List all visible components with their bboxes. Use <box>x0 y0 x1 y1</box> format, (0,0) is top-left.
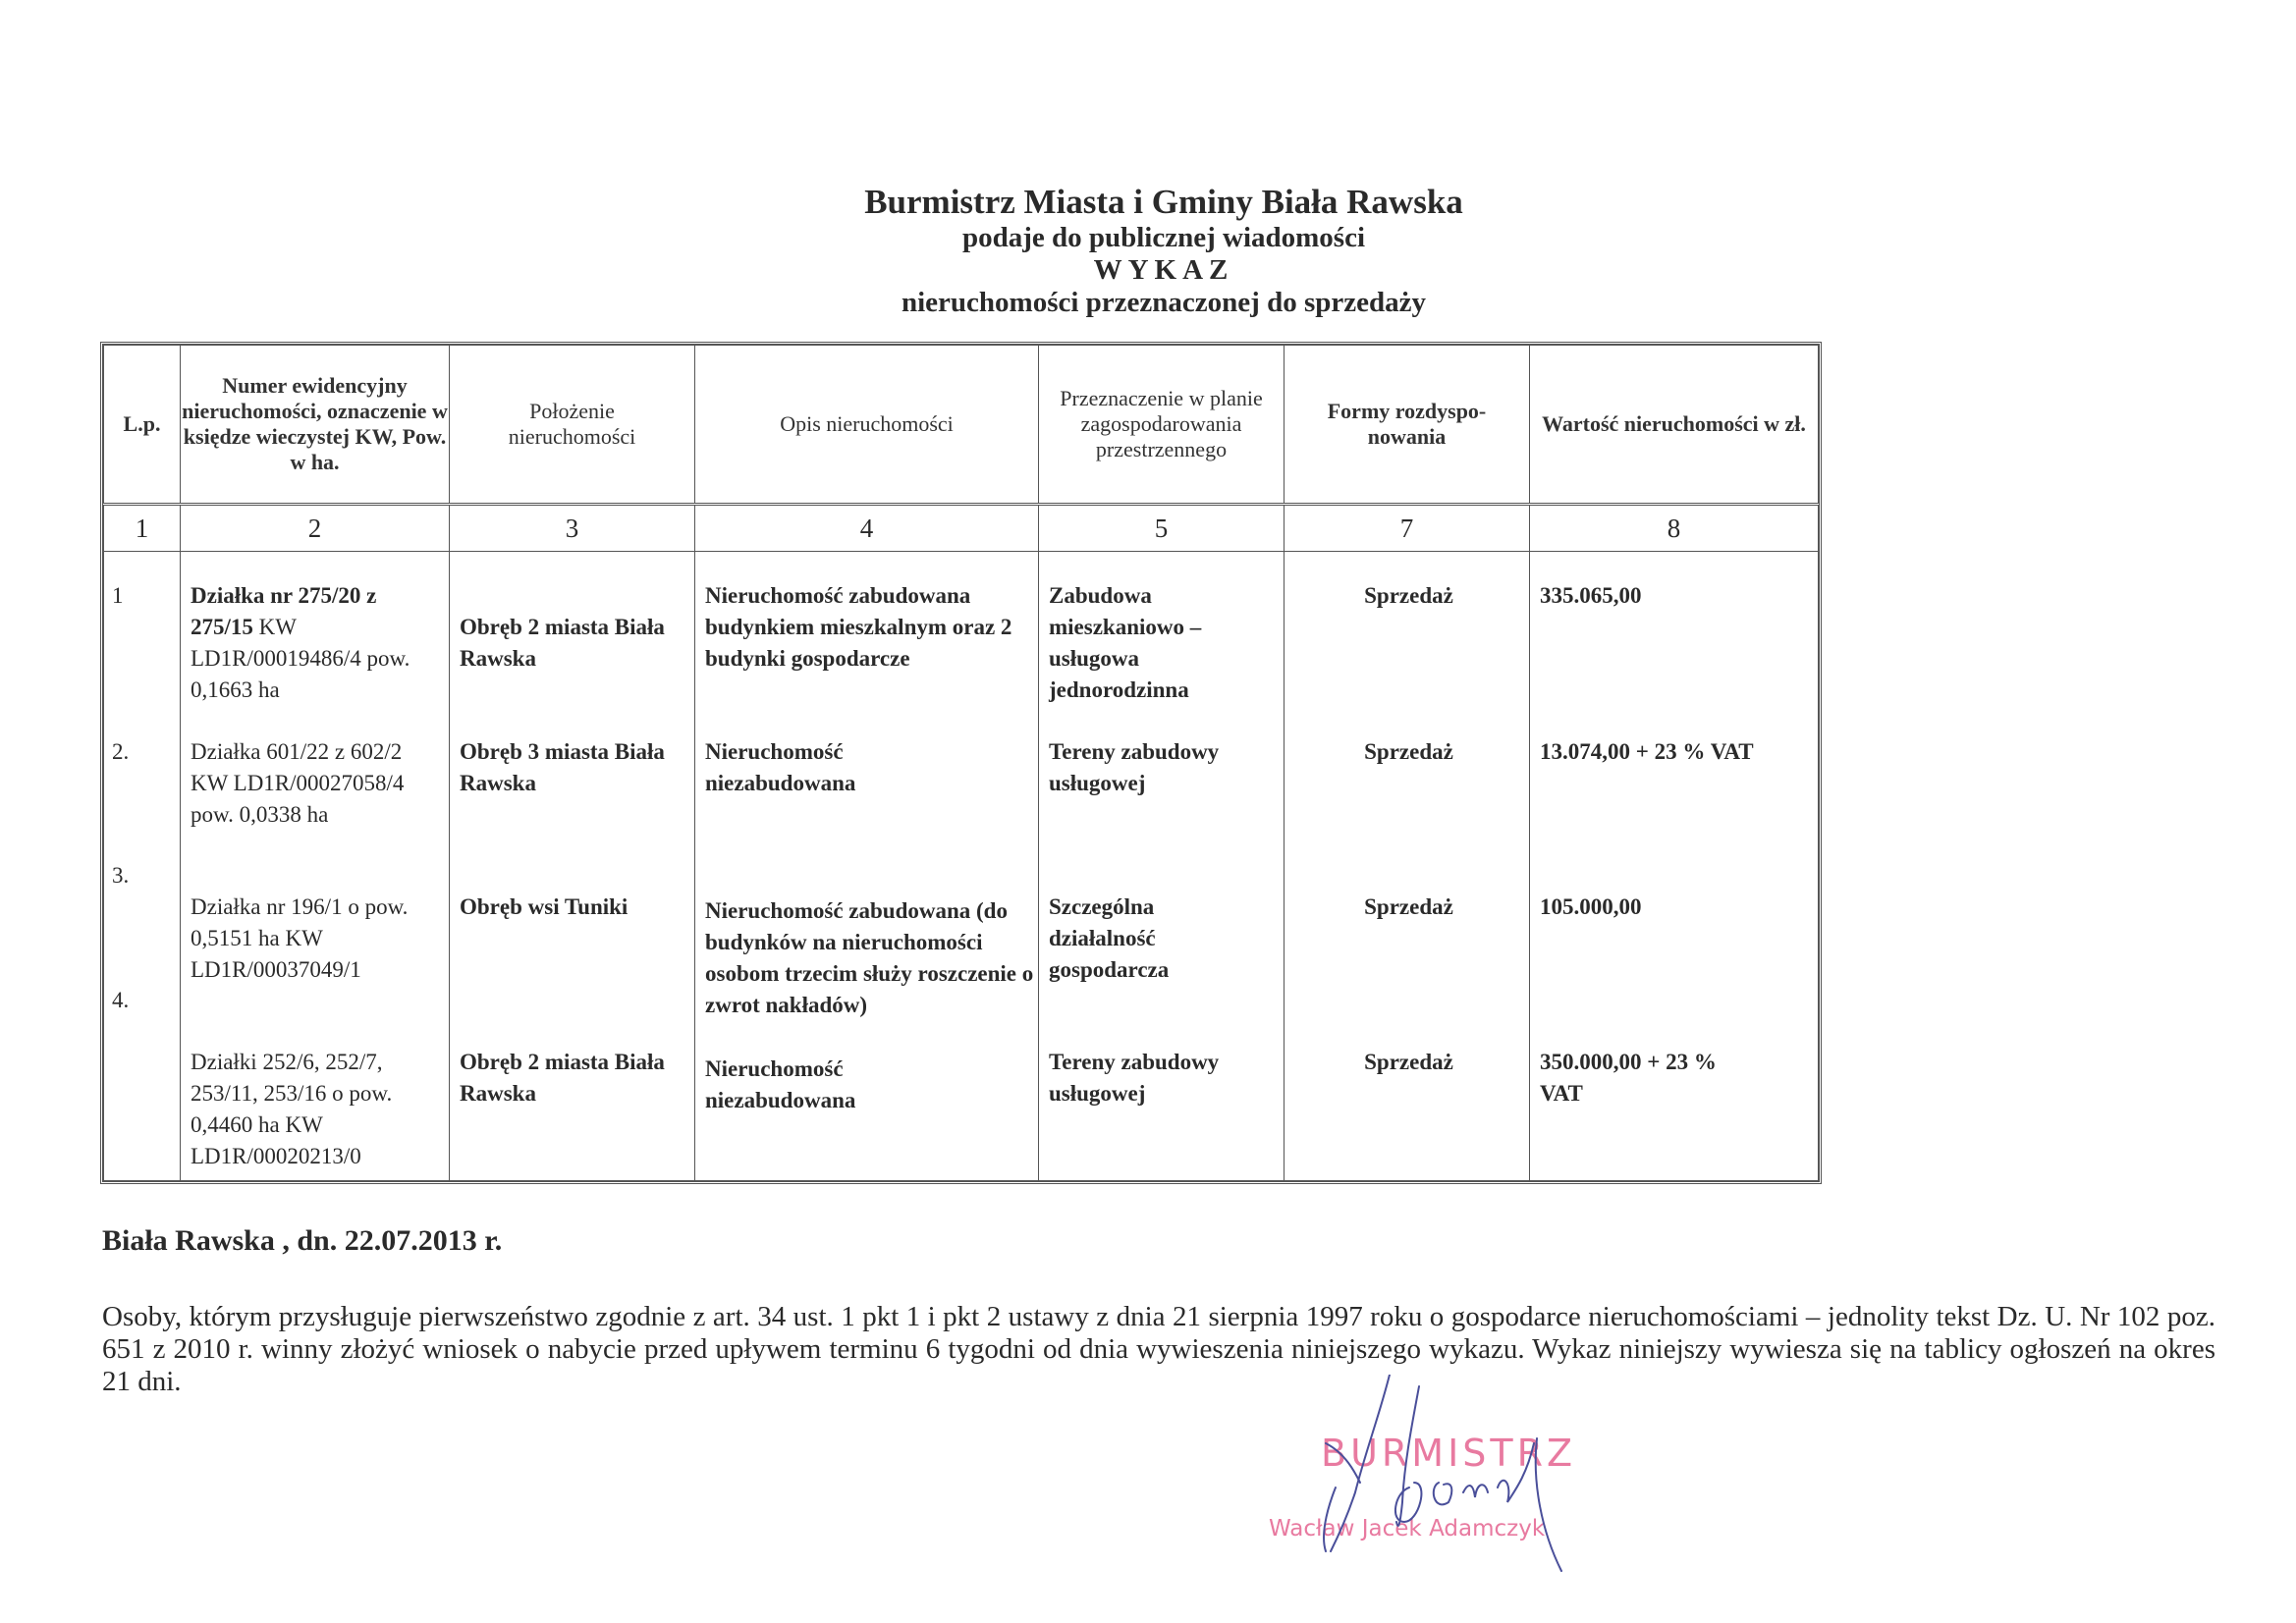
row-number: 3. <box>112 860 129 892</box>
parcel-entry: Działka nr 275/20 z 275/15 KW LD1R/00019… <box>191 580 431 706</box>
table-body: 1 2. 3. 4. Działka nr 275/20 z 275/15 KW… <box>104 552 1819 1181</box>
column-number-row: 1 2 3 4 5 7 8 <box>104 505 1819 552</box>
column-header: Opis nieruchomości <box>695 346 1039 505</box>
zoning-entry: Tereny zabudowy usługowej <box>1049 736 1278 799</box>
parcel-entry: Działka 601/22 z 602/2 KW LD1R/00027058/… <box>191 736 431 831</box>
announcement-subtitle: podaje do publicznej wiadomości <box>0 222 2296 254</box>
location-entry: Obręb 2 miasta Biała Rawska <box>460 612 665 675</box>
column-number: 8 <box>1530 505 1819 552</box>
location-cell: Obręb 2 miasta Biała Rawska Obręb 3 mias… <box>450 552 695 1181</box>
column-number: 4 <box>695 505 1039 552</box>
value-entry: 13.074,00 + 23 % VAT <box>1540 736 1812 768</box>
column-header: Położenie nieruchomości <box>450 346 695 505</box>
document-header: Burmistrz Miasta i Gminy Biała Rawska po… <box>0 183 2296 319</box>
zoning-entry: Tereny zabudowy usługowej <box>1049 1047 1278 1109</box>
row-number: 4. <box>112 985 129 1016</box>
zoning-cell: Zabudowa mieszkaniowo – usługowa jednoro… <box>1039 552 1285 1181</box>
column-number: 3 <box>450 505 695 552</box>
form-entry: Sprzedaż <box>1294 736 1523 768</box>
zoning-entry: Szczególna działalność gospodarcza <box>1049 892 1225 986</box>
value-entry: 350.000,00 + 23 % VAT <box>1540 1047 1759 1109</box>
row-number: 2. <box>112 736 129 768</box>
lp-cell: 1 2. 3. 4. <box>104 552 181 1181</box>
parcel-cell: Działka nr 275/20 z 275/15 KW LD1R/00019… <box>181 552 450 1181</box>
value-cell: 335.065,00 13.074,00 + 23 % VAT 105.000,… <box>1530 552 1819 1181</box>
form-cell: Sprzedaż Sprzedaż Sprzedaż Sprzedaż <box>1285 552 1530 1181</box>
property-table: L.p. Numer ewidencyjny nieruchomości, oz… <box>100 342 1822 1184</box>
form-entry: Sprzedaż <box>1294 892 1523 923</box>
description-entry: Nieruchomość niezabudowana <box>705 1054 979 1116</box>
description-cell: Nieruchomość zabudowana budynkiem mieszk… <box>695 552 1039 1181</box>
parcel-entry: Działki 252/6, 252/7, 253/11, 253/16 o p… <box>191 1047 441 1172</box>
column-number: 5 <box>1039 505 1285 552</box>
column-header: Przeznaczenie w planie zagospodarowania … <box>1039 346 1285 505</box>
column-number: 1 <box>104 505 181 552</box>
column-header: Numer ewidencyjny nieruchomości, oznacze… <box>181 346 450 505</box>
column-number: 7 <box>1285 505 1530 552</box>
location-entry: Obręb 3 miasta Biała Rawska <box>460 736 665 799</box>
table-header-row: L.p. Numer ewidencyjny nieruchomości, oz… <box>104 346 1819 505</box>
description-entry: Nieruchomość zabudowana (do budynków na … <box>705 895 1034 1021</box>
value-entry: 335.065,00 <box>1540 580 1812 612</box>
place-and-date: Biała Rawska , dn. 22.07.2013 r. <box>102 1224 502 1258</box>
location-entry: Obręb wsi Tuniki <box>460 892 688 923</box>
location-entry: Obręb 2 miasta Biała Rawska <box>460 1047 665 1109</box>
form-entry: Sprzedaż <box>1294 580 1523 612</box>
handwritten-signature-icon <box>1267 1375 1620 1581</box>
form-entry: Sprzedaż <box>1294 1047 1523 1078</box>
legal-notice: Osoby, którym przysługuje pierwszeństwo … <box>102 1301 2215 1398</box>
zoning-entry: Zabudowa mieszkaniowo – usługowa jednoro… <box>1049 580 1254 706</box>
column-number: 2 <box>181 505 450 552</box>
row-number: 1 <box>112 580 124 612</box>
wykaz-heading: WYKAZ <box>0 254 2296 287</box>
issuer-title: Burmistrz Miasta i Gminy Biała Rawska <box>0 183 2296 222</box>
description-entry: Nieruchomość niezabudowana <box>705 736 979 799</box>
value-entry: 105.000,00 <box>1540 892 1812 923</box>
column-header: Formy rozdyspo-nowania <box>1285 346 1530 505</box>
column-header: Wartość nieruchomości w zł. <box>1530 346 1819 505</box>
description-entry: Nieruchomość zabudowana budynkiem mieszk… <box>705 580 1024 675</box>
list-description: nieruchomości przeznaczonej do sprzedaży <box>0 287 2296 319</box>
column-header: L.p. <box>104 346 181 505</box>
parcel-entry: Działka nr 196/1 o pow. 0,5151 ha KW LD1… <box>191 892 431 986</box>
signature-stamp: BURMISTRZ Wacław Jacek Adamczyk <box>1267 1375 1620 1581</box>
